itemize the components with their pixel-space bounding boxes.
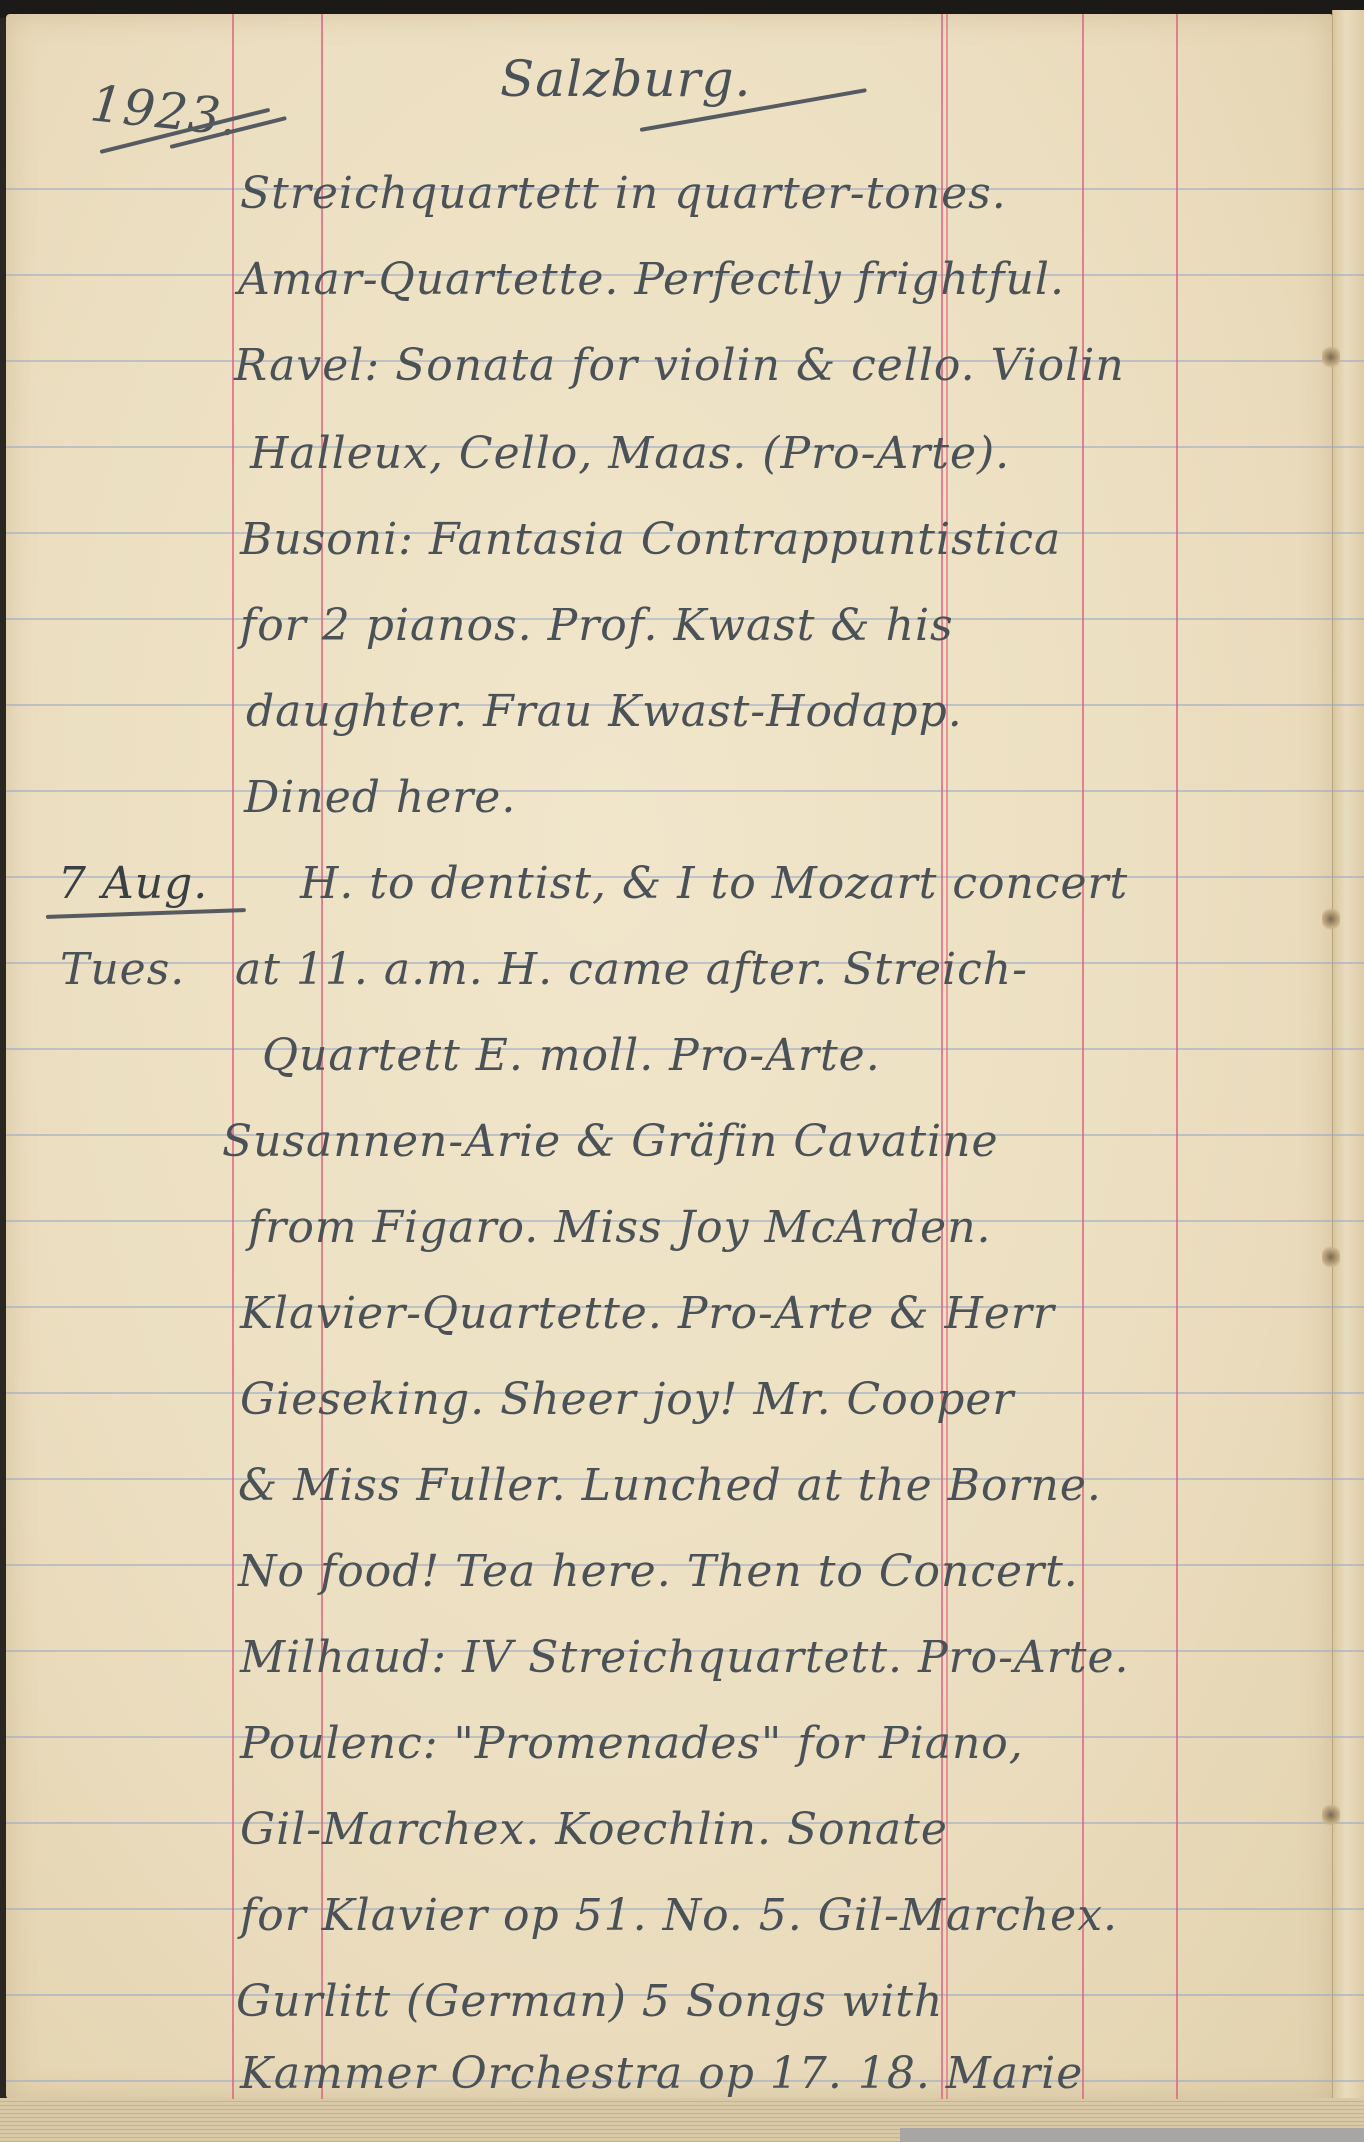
binding-stitch [1322,1802,1340,1828]
weekday-margin-note: Tues. [60,948,185,992]
diary-line: Gurlitt (German) 5 Songs with [236,1980,943,2024]
diary-line: H. to dentist, & I to Mozart concert [300,862,1128,906]
diary-line: daughter. Frau Kwast-Hodapp. [246,690,963,734]
margin-line [1082,14,1084,2099]
diary-line: Ravel: Sonata for violin & cello. Violin [234,344,1125,388]
binding-stitch [1322,1244,1340,1270]
notebook-scan: 1923. Salzburg. Streichquartett in quart… [0,0,1364,2142]
place-heading: Salzburg. [500,54,751,104]
margin-line [1176,14,1178,2099]
diary-line: Susannen-Arie & Gräfin Cavatine [222,1120,999,1164]
diary-line: Gil-Marchex. Koechlin. Sonate [240,1808,948,1852]
diary-line: at 11. a.m. H. came after. Streich- [235,948,1028,992]
diary-line: Kammer Orchestra op 17. 18. Marie [240,2052,1083,2096]
binding-stitch [1322,906,1340,932]
diary-line: Milhaud: IV Streichquartett. Pro-Arte. [240,1636,1130,1680]
diary-line: for 2 pianos. Prof. Kwast & his [240,604,954,648]
diary-line: Klavier-Quartette. Pro-Arte & Herr [240,1292,1055,1336]
diary-line: for Klavier op 51. No. 5. Gil-Marchex. [240,1894,1118,1938]
diary-line: Streichquartett in quarter-tones. [240,172,1007,216]
diary-line: Quartett E. moll. Pro-Arte. [262,1034,881,1078]
diary-line: & Miss Fuller. Lunched at the Borne. [238,1464,1102,1508]
binding-stitch [1322,344,1340,370]
date-margin-note: 7 Aug. [58,862,208,906]
diary-line: from Figaro. Miss Joy McArden. [248,1206,992,1250]
diary-line: Dined here. [244,776,516,820]
diary-line: Halleux, Cello, Maas. (Pro-Arte). [250,432,1010,476]
diary-line: Amar-Quartette. Perfectly frightful. [238,258,1065,302]
margin-line [232,14,234,2099]
diary-line: Busoni: Fantasia Contrappuntistica [240,518,1061,562]
page-stack-shadow [900,2128,1364,2142]
diary-line: Poulenc: "Promenades" for Piano, [240,1722,1024,1766]
diary-line: No food! Tea here. Then to Concert. [238,1550,1079,1594]
diary-line: Gieseking. Sheer joy! Mr. Cooper [240,1378,1014,1422]
ruled-line [6,790,1364,792]
margin-line-double [941,14,943,2099]
